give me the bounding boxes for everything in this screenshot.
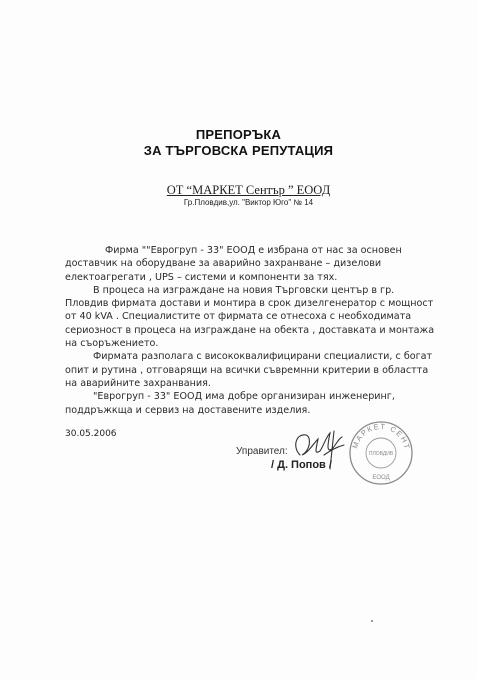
paragraph-4: "Еврогруп - 33" ЕООД има добре организир…	[65, 390, 435, 417]
text-line: на съоръжението.	[65, 337, 435, 350]
paragraph-1: Фирма ""Еврогруп - 33" ЕООД е избрана от…	[65, 244, 435, 284]
paragraph-2: В процеса на изграждане на новия Търговс…	[65, 284, 435, 350]
text-line: Фирмата разполага с висококвалифицирани …	[65, 350, 435, 363]
document-title-line2: ЗА ТЪРГОВСКА РЕПУТАЦИЯ	[0, 143, 477, 158]
svg-text:ЕООД: ЕООД	[372, 475, 389, 481]
text-line: доставчик на оборудване за аварийно захр…	[65, 257, 435, 270]
svg-text:ПЛОВДИВ: ПЛОВДИВ	[369, 451, 394, 457]
text-line: Фирма ""Еврогруп - 33" ЕООД е избрана от…	[65, 244, 435, 257]
text-line: "Еврогруп - 33" ЕООД има добре организир…	[65, 390, 435, 403]
text-line: Пловдив фирмата достави и монтира в срок…	[65, 297, 435, 310]
svg-text:МАРКЕТ СЕНТЪР: МАРКЕТ СЕНТЪР	[348, 420, 412, 451]
issuer-name: ОТ “МАРКЕТ Сентър ” ЕООД	[0, 183, 477, 198]
text-line: сериозност в процеса на изграждане на об…	[65, 324, 435, 337]
scan-speck	[371, 620, 373, 622]
text-line: опит и рутина , отговарящи на всички съв…	[65, 364, 435, 377]
text-line: В процеса на изграждане на новия Търговс…	[65, 284, 435, 297]
document-page: ПРЕПОРЪКА ЗА ТЪРГОВСКА РЕПУТАЦИЯ ОТ “МАР…	[0, 0, 477, 679]
signer-label: Управител:	[236, 446, 288, 457]
company-stamp-icon: МАРКЕТ СЕНТЪР ПЛОВДИВ ЕООД	[348, 420, 414, 486]
issuer-address: Гр.Пловдив,ул. "Виктор Юго" № 14	[0, 198, 477, 207]
paragraph-3: Фирмата разполага с висококвалифицирани …	[65, 350, 435, 390]
text-line: на аварийните захранвания.	[65, 377, 435, 390]
text-line: електоагрегати , UPS – системи и компоне…	[65, 271, 435, 284]
text-line: поддръжкща и сервиз на доставените издел…	[65, 404, 435, 417]
letter-body: Фирма ""Еврогруп - 33" ЕООД е избрана от…	[65, 244, 435, 417]
signature-icon	[290, 425, 350, 473]
document-date: 30.05.2006	[65, 429, 117, 439]
text-line: от 40 kVA . Специалистите от фирмата се …	[65, 310, 435, 323]
document-title-line1: ПРЕПОРЪКА	[0, 127, 477, 142]
